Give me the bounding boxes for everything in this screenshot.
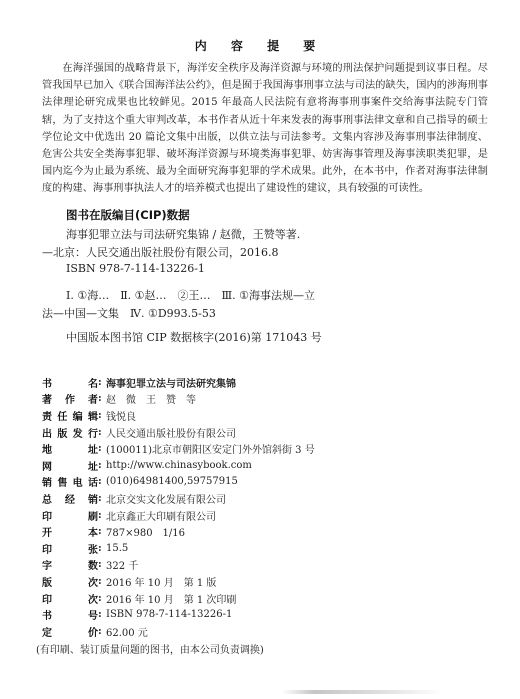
info-label-char: 次 (88, 574, 98, 589)
info-label-char: 经 (65, 491, 75, 506)
info-label-char: 辑 (88, 408, 98, 423)
info-label-char: 作 (65, 391, 75, 406)
page-title: 内 容 提 要 (0, 37, 520, 54)
info-label-char: 销 (88, 491, 98, 506)
info-label: 出版发行 (42, 425, 98, 440)
info-row: 印次:2016 年 10 月 第 1 次印刷 (42, 590, 502, 607)
info-row: 书名:海事犯罪立法与司法研究集锦 (42, 374, 502, 391)
info-row: 总经销:北京交实文化发展有限公司 (42, 490, 502, 507)
info-value: 15.5 (106, 543, 128, 554)
info-label-char: 印 (42, 541, 52, 556)
info-label-char: 著 (42, 391, 52, 406)
info-label-char: 发 (73, 425, 83, 440)
info-row: 印张:15.5 (42, 540, 502, 557)
info-label-char: 印 (42, 508, 52, 523)
info-colon: : (98, 626, 106, 637)
info-label-char: 名 (88, 375, 98, 390)
cip-publisher-line: —北京：人民交通出版社股份有限公司，2016.8 (42, 244, 279, 260)
abstract-paragraph: 在海洋强国的战略背景下，海洋安全秩序及海洋资源与环境的刑法保护问题提到议事日程。… (42, 60, 488, 198)
info-value: 322 千 (106, 557, 138, 572)
info-value: 钱悦良 (106, 408, 136, 423)
info-label: 网址 (42, 458, 98, 473)
info-label-char: 价 (88, 624, 98, 639)
info-label: 版次 (42, 574, 98, 589)
info-row: 出版发行:人民交通出版社股份有限公司 (42, 424, 502, 441)
cip-heading: 图书在版编目(CIP)数据 (66, 207, 190, 223)
info-row: 地址:(100011)北京市朝阳区安定门外外馆斜街 3 号 (42, 440, 502, 457)
info-label: 定价 (42, 624, 98, 639)
info-colon: : (98, 510, 106, 521)
info-label-char: 本 (88, 524, 98, 539)
info-label-char: 者 (88, 391, 98, 406)
info-row: 开本:787×980 1/16 (42, 523, 502, 540)
info-row: 版次:2016 年 10 月 第 1 版 (42, 573, 502, 590)
copyright-page: 内 容 提 要 在海洋强国的战略背景下，海洋安全秩序及海洋资源与环境的刑法保护问… (0, 0, 520, 699)
info-value: ISBN 978-7-114-13226-1 (106, 609, 232, 620)
info-value: 62.00 元 (106, 624, 148, 639)
quality-note: (有印刷、装订质量问题的图书，由本公司负责调换) (36, 641, 264, 656)
info-label: 印刷 (42, 508, 98, 523)
info-label: 责任编辑 (42, 408, 98, 423)
info-label-char: 张 (88, 541, 98, 556)
info-label-char: 号 (88, 607, 98, 622)
info-row: 网址:http://www.chinasybook.com (42, 457, 502, 474)
info-row: 责任编辑:钱悦良 (42, 407, 502, 424)
cip-title-line: 海事犯罪立法与司法研究集锦 / 赵微，王赞等著. (66, 226, 300, 242)
info-colon: : (98, 493, 106, 504)
info-label-char: 定 (42, 624, 52, 639)
info-row: 书号:ISBN 978-7-114-13226-1 (42, 606, 502, 623)
info-label-char: 销 (42, 474, 52, 489)
info-label: 书名 (42, 375, 98, 390)
info-row: 销售电话:(010)64981400,59757915 (42, 474, 502, 491)
cip-record-number: 中国版本图书馆 CIP 数据核字(2016)第 171043 号 (66, 329, 322, 345)
info-label-char: 刷 (88, 508, 98, 523)
info-label-char: 行 (88, 425, 98, 440)
info-label-char: 址 (88, 458, 98, 473)
info-row: 字数:322 千 (42, 557, 502, 574)
info-label: 著作者 (42, 391, 98, 406)
info-label-char: 话 (88, 474, 98, 489)
info-label: 字数 (42, 557, 98, 572)
info-label: 总经销 (42, 491, 98, 506)
info-colon: : (98, 393, 106, 404)
info-label: 销售电话 (42, 474, 98, 489)
info-value: 赵 微 王 赞 等 (106, 391, 196, 406)
info-row: 印刷:北京鑫正大印刷有限公司 (42, 507, 502, 524)
info-colon: : (98, 476, 106, 487)
info-value: 2016 年 10 月 第 1 次印刷 (106, 591, 236, 606)
publication-info: 书名:海事犯罪立法与司法研究集锦著作者:赵 微 王 赞 等责任编辑:钱悦良出版发… (42, 374, 502, 640)
info-label-char: 任 (57, 408, 67, 423)
info-colon: : (98, 443, 106, 454)
info-row: 著作者:赵 微 王 赞 等 (42, 391, 502, 408)
info-label: 印张 (42, 541, 98, 556)
abstract-section: 在海洋强国的战略背景下，海洋安全秩序及海洋资源与环境的刑法保护问题提到议事日程。… (42, 60, 488, 198)
info-label-char: 数 (88, 557, 98, 572)
info-value: 北京鑫正大印刷有限公司 (106, 508, 216, 523)
info-label-char: 出 (42, 425, 52, 440)
info-colon: : (98, 460, 106, 471)
info-value: 787×980 1/16 (106, 524, 185, 539)
info-label-char: 书 (42, 375, 52, 390)
info-value: 北京交实文化发展有限公司 (106, 491, 226, 506)
info-colon: : (98, 543, 106, 554)
info-label-char: 责 (42, 408, 52, 423)
info-label-char: 网 (42, 458, 52, 473)
info-label-char: 址 (88, 441, 98, 456)
info-colon: : (98, 593, 106, 604)
info-value: 2016 年 10 月 第 1 版 (106, 574, 216, 589)
info-value: http://www.chinasybook.com (106, 460, 252, 471)
info-label-char: 印 (42, 591, 52, 606)
info-label-char: 地 (42, 441, 52, 456)
info-label-char: 开 (42, 524, 52, 539)
info-row: 定价:62.00 元 (42, 623, 502, 640)
info-colon: : (98, 410, 106, 421)
info-colon: : (98, 576, 106, 587)
info-label-char: 版 (42, 574, 52, 589)
info-label-char: 字 (42, 557, 52, 572)
info-label: 印次 (42, 591, 98, 606)
info-label-char: 总 (42, 491, 52, 506)
scan-smudge (282, 690, 442, 694)
info-colon: : (98, 526, 106, 537)
cip-classification-line-1: Ⅰ. ①海… Ⅱ. ①赵… ②王… Ⅲ. ①海事法规—立 (66, 287, 315, 303)
info-label-char: 书 (42, 607, 52, 622)
info-value: (100011)北京市朝阳区安定门外外馆斜街 3 号 (106, 441, 315, 456)
info-colon: : (98, 559, 106, 570)
info-label-char: 电 (73, 474, 83, 489)
info-label-char: 版 (57, 425, 67, 440)
info-colon: : (98, 377, 106, 388)
info-label-char: 次 (88, 591, 98, 606)
info-colon: : (98, 427, 106, 438)
info-label-char: 编 (73, 408, 83, 423)
info-colon: : (98, 609, 106, 620)
cip-isbn-line: ISBN 978-7-114-13226-1 (66, 262, 205, 275)
cip-classification-line-2: 法—中国—文集 Ⅳ. ①D993.5-53 (42, 305, 216, 321)
info-label: 开本 (42, 524, 98, 539)
info-label: 地址 (42, 441, 98, 456)
info-value: 海事犯罪立法与司法研究集锦 (106, 375, 236, 390)
info-label: 书号 (42, 607, 98, 622)
info-label-char: 售 (57, 474, 67, 489)
info-value: 人民交通出版社股份有限公司 (106, 425, 236, 440)
info-value: (010)64981400,59757915 (106, 476, 238, 487)
